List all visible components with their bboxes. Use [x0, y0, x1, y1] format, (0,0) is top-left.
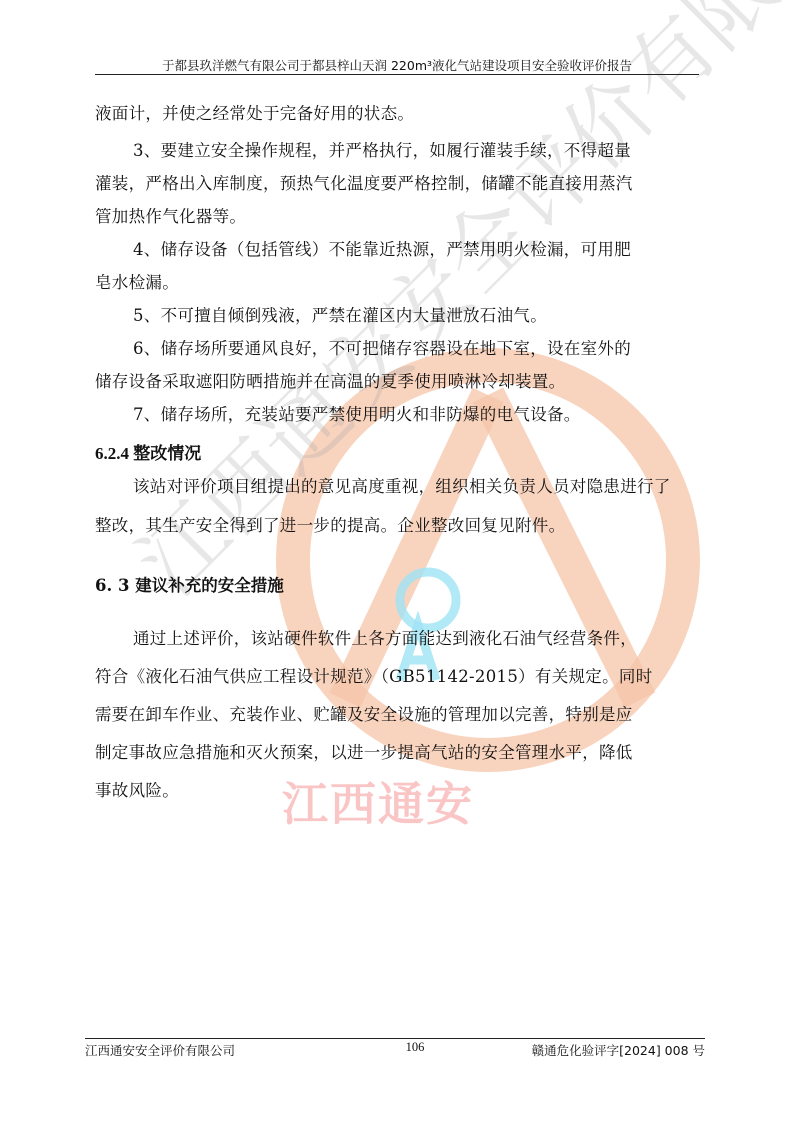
body-line: 通过上述评价，该站硬件软件上各方面能达到液化石油气经营条件，	[133, 629, 637, 649]
body-line: 4、储存设备（包括管线）不能靠近热源，严禁用明火检漏，可用肥	[133, 240, 631, 260]
body-line: 符合《液化石油气供应工程设计规范》（GB51142-2015）有关规定。同时	[95, 667, 653, 687]
body-line: 6、储存场所要通风良好，不可把储存容器设在地下室，设在室外的	[133, 339, 631, 359]
footer-company: 江西通安安全评价有限公司	[85, 1041, 235, 1059]
body-line: 管加热作气化器等。	[95, 207, 246, 227]
body-line: 5、不可擅自倾倒残液，严禁在灌区内大量泄放石油气。	[133, 306, 547, 326]
footer-doc-number: 赣通危化验评字[2024] 008 号	[532, 1041, 705, 1059]
watermark-logo	[0, 0, 793, 1122]
header-divider	[95, 74, 699, 75]
body-line: 3、要建立安全操作规程，并严格执行，如履行灌装手续，不得超量	[133, 141, 631, 161]
footer-divider	[85, 1038, 705, 1039]
body-line: 液面计，并使之经常处于完备好用的状态。	[95, 104, 414, 124]
body-line: 制定事故应急措施和灭火预案，以进一步提高气站的安全管理水平，降低	[95, 743, 633, 763]
body-line: 整改，其生产安全得到了进一步的提高。企业整改回复见附件。	[95, 516, 565, 536]
page-number: 106	[385, 1040, 445, 1055]
body-line: 7、储存场所，充装站要严禁使用明火和非防爆的电气设备。	[133, 405, 581, 425]
body-line: 需要在卸车作业、充装作业、贮罐及安全设施的管理加以完善，特别是应	[95, 705, 633, 725]
watermark-red-text: 江西通安	[282, 768, 474, 834]
body-line: 皂水检漏。	[95, 273, 179, 293]
section-heading-6-3: 6. 3 建议补充的安全措施	[95, 572, 284, 596]
page-header-title: 于都县玖洋燃气有限公司于都县梓山天润 220m³液化气站建设项目安全验收评价报告	[95, 56, 699, 74]
section-heading-6-2-4: 6.2.4 整改情况	[95, 439, 201, 464]
body-line: 储存设备采取遮阳防晒措施并在高温的夏季使用喷淋冷却装置。	[95, 372, 565, 392]
body-line: 灌装，严格出入库制度，预热气化温度要严格控制，储罐不能直接用蒸汽	[95, 174, 633, 194]
body-line: 该站对评价项目组提出的意见高度重视，组织相关负责人员对隐患进行了	[133, 477, 671, 497]
body-line: 事故风险。	[95, 781, 179, 801]
